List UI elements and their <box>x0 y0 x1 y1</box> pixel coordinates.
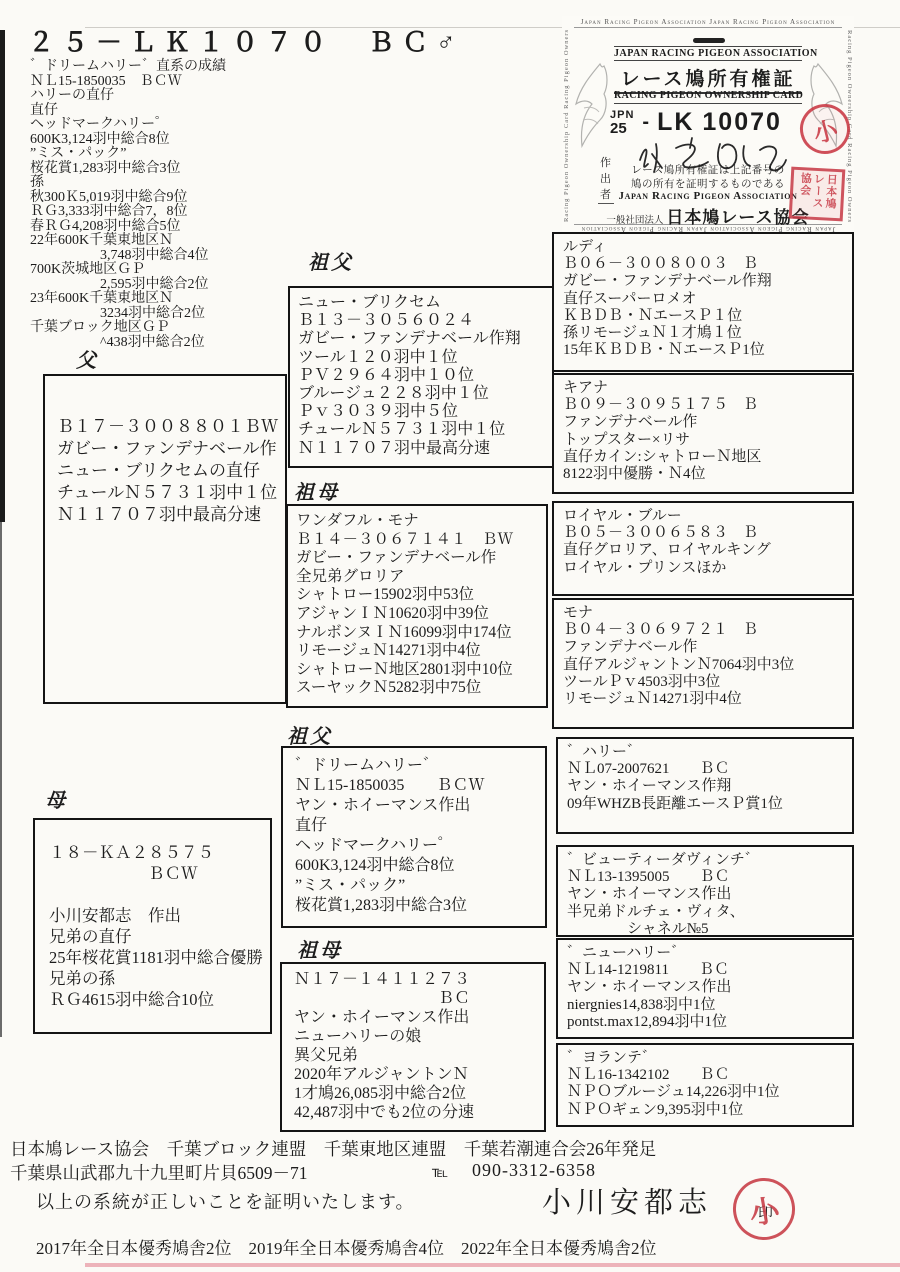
great-grandfather-2-box: ロイヤル・ブルーＢ０５－３００６５８３ Ｂ直仔グロリア、ロイヤルキングロイヤル・… <box>552 501 854 596</box>
text-line: スーヤックＮ5282羽中75位 <box>296 679 538 698</box>
text-line: ゛ハリー゛ <box>567 744 846 761</box>
card-note-line2: 鳩の所有を証明するものである <box>602 176 814 191</box>
text-line: モナ <box>563 605 846 622</box>
text-line: ツールＰｖ4503羽中3位 <box>563 674 846 691</box>
text-line: チュールＮ５７３１羽中１位 <box>57 482 275 504</box>
text-line <box>49 884 262 905</box>
text-line: 1才鳩26,085羽中総合2位 <box>294 1084 536 1103</box>
text-line: Ｂ１７－３００８８０１ＢＷ <box>57 416 275 438</box>
ring-year: 25 <box>610 121 627 136</box>
text-line: 兄弟の直仔 <box>49 926 262 947</box>
text-line: 直仔 <box>295 816 537 836</box>
maternal-grandmother-box: Ｎ１７－１４１１２７３ ＢＣヤン・ホイーマンス作出ニューハリーの娘異父兄弟202… <box>280 962 546 1132</box>
ring-number: 10070 <box>702 108 782 137</box>
text-line: ヘッドマークハリー゜ <box>295 836 537 856</box>
great-grandmother-1-box: キアナＢ０９－３０９５１７５ Ｂファンデナベール作トップスター×リサ直仔カイン:… <box>552 373 854 494</box>
text-line: ツール１２０羽中１位 <box>298 349 544 367</box>
text-line: ナルボンヌＩＮ16099羽中174位 <box>296 624 538 643</box>
text-line: ヤン・ホイーマンス作出 <box>294 1008 536 1027</box>
text-line: 8122羽中優勝・Ｎ4位 <box>563 466 846 483</box>
text-line: 千葉ブロック地区ＧＰ <box>30 321 226 336</box>
text-line: ガビー・ファンデナベール作 <box>296 549 538 568</box>
text-line: 孫 <box>30 176 226 191</box>
scan-edge-artifact <box>0 30 5 522</box>
text-line: Ｂ１３－３０５６０２４ <box>298 312 544 330</box>
father-label: 父 <box>76 344 99 373</box>
text-line: ゛ドリームハリー゛ <box>295 756 537 776</box>
great-grandmother-3-lines: ゛ビューティーダヴィンチ゛ＮＬ13-1395005 ＢＣヤン・ホイーマンス作出半… <box>558 847 852 938</box>
breeder-hanko-stamp: 小 <box>728 1173 800 1245</box>
text-line: １８－ＫＡ２８５７５ <box>49 842 262 863</box>
text-line: Ｐｖ３０３９羽中５位 <box>298 403 544 421</box>
text-line: 直仔 <box>30 104 226 119</box>
tel-icon: ℡ <box>432 1163 448 1182</box>
loft-awards-line: 2017年全日本優秀鳩舎2位 2019年全日本優秀鳩舎4位 2022年全日本優秀… <box>36 1234 657 1259</box>
text-line: ＫＢＤＢ・ＮエースＰ１位 <box>563 308 846 325</box>
text-line: ＮＬ15-1850035 ＢＣＷ <box>30 75 226 90</box>
mother-label: 母 <box>45 784 68 813</box>
maternal-grandmother-label: 祖母 <box>297 934 343 963</box>
paternal-grandmother-label: 祖母 <box>294 476 340 505</box>
father-lines: Ｂ１７－３００８８０１ＢＷガビー・ファンデナベール作ニュー・ブリクセムの直仔チュ… <box>45 376 285 526</box>
card-association-heading-en: JAPAN RACING PIGEON ASSOCIATION <box>614 46 802 61</box>
ring-number-title: ２５－ＬＫ１０７０ ＢＣ♂ <box>28 22 464 59</box>
text-line: 3234羽中総合2位 <box>30 307 226 322</box>
text-line: アジャンＩＮ10620羽中39位 <box>296 605 538 624</box>
mother-box: １８－ＫＡ２８５７５ ＢＣＷ 小川安都志 作出兄弟の直仔25年桜花賞1181羽中… <box>33 818 272 1034</box>
text-line: 春ＲＧ4,208羽中総合5位 <box>30 220 226 235</box>
text-line: 直仔スーパーロメオ <box>563 291 846 308</box>
text-line: チュールＮ５７３１羽中１位 <box>298 421 544 439</box>
text-line: ゛ドリームハリー゛直系の成績 <box>30 60 226 75</box>
great-grandfather-2-lines: ロイヤル・ブルーＢ０５－３００６５８３ Ｂ直仔グロリア、ロイヤルキングロイヤル・… <box>554 503 852 577</box>
text-line: Ｎ１１７０７羽中最高分速 <box>298 440 544 458</box>
maternal-grandfather-box: ゛ドリームハリー゛ＮＬ15-1850035 ＢＣＷヤン・ホイーマンス作出直仔ヘッ… <box>281 746 547 928</box>
text-line: Ｎ１７－１４１１２７３ <box>294 970 536 989</box>
text-line: Ｂ１４－３０６７１４１ ＢＷ <box>296 531 538 550</box>
text-line: ニューハリーの娘 <box>294 1027 536 1046</box>
association-legal-prefix: 一般社団法人 <box>606 216 663 226</box>
text-line: シャトロー15902羽中53位 <box>296 586 538 605</box>
square-stamp-col3: 協会 <box>797 172 810 217</box>
great-grandmother-3-box: ゛ビューティーダヴィンチ゛ＮＬ13-1395005 ＢＣヤン・ホイーマンス作出半… <box>556 845 854 937</box>
text-line: ＢＣＷ <box>49 863 262 884</box>
text-line: 兄弟の孫 <box>49 968 262 989</box>
card-ring-number: JPN 25 - LK 10070 <box>610 108 782 137</box>
phone-number: 090-3312-6358 <box>472 1160 596 1181</box>
great-grandfather-3-box: ゛ハリー゛ＮＬ07-2007621 ＢＣヤン・ホイーマンス作翔09年WHZB長距… <box>556 737 854 834</box>
great-grandmother-4-lines: ゛ヨランテ゛ＮＬ16-1342102 ＢＣＮＰＯブルージュ14,226羽中1位Ｎ… <box>558 1045 852 1119</box>
text-line: ヤン・ホイーマンス作出 <box>567 886 846 903</box>
text-line: 直仔グロリア、ロイヤルキング <box>563 542 846 559</box>
text-line: 2,595羽中総合2位 <box>30 278 226 293</box>
text-line: ゛ビューティーダヴィンチ゛ <box>567 852 846 869</box>
breeder-name: 小川安都志 <box>542 1180 712 1221</box>
text-line: ^438羽中総合2位 <box>30 336 226 351</box>
card-note-line1: レース鳩所有権証は上記番号の <box>602 162 814 177</box>
text-line: ニュー・ブリクセム <box>298 294 544 312</box>
breeder-address: 千葉県山武郡九十九里町片貝6509－71 <box>10 1160 308 1185</box>
text-line: ニュー・ブリクセムの直仔 <box>57 460 275 482</box>
text-line: ＮＬ13-1395005 ＢＣ <box>567 869 846 886</box>
great-grandmother-4-box: ゛ヨランテ゛ＮＬ16-1342102 ＢＣＮＰＯブルージュ14,226羽中1位Ｎ… <box>556 1043 854 1127</box>
text-line: Ｂ０４－３０６９７２１ Ｂ <box>563 622 846 639</box>
text-line: ＮＰＯブルージュ14,226羽中1位 <box>567 1084 846 1101</box>
text-line: 22年600K千葉東地区Ｎ <box>30 234 226 249</box>
text-line: ヤン・ホイーマンス作出 <box>567 979 846 996</box>
text-line: シャネル№5 <box>567 921 846 938</box>
text-line: ロイヤル・プリンスほか <box>563 560 846 577</box>
ring-country-year: JPN 25 <box>610 110 634 136</box>
square-stamp-col2: レース <box>810 173 823 218</box>
text-line: ファンデナベール作 <box>563 414 846 431</box>
text-line: リモージュＮ14271羽中4位 <box>296 642 538 661</box>
great-grandfather-4-box: ゛ニューハリー゛ＮＬ14-1219811 ＢＣヤン・ホイーマンス作出niergn… <box>556 938 854 1039</box>
text-line: 小川安都志 作出 <box>49 905 262 926</box>
text-line: ＮＬ07-2007621 ＢＣ <box>567 761 846 778</box>
text-line: ＮＬ16-1342102 ＢＣ <box>567 1067 846 1084</box>
sire-line-achievements: ゛ドリームハリー゛直系の成績ＮＬ15-1850035 ＢＣＷハリーの直仔直仔ヘッ… <box>30 60 226 350</box>
pigeon-icon-left <box>570 58 610 154</box>
association-square-stamp: 日本鳩 レース 協会 <box>789 167 846 222</box>
text-line: ＮＰＯギェン9,395羽中1位 <box>567 1102 846 1119</box>
great-grandfather-4-lines: ゛ニューハリー゛ＮＬ14-1219811 ＢＣヤン・ホイーマンス作出niergn… <box>558 940 852 1031</box>
text-line: キアナ <box>563 380 846 397</box>
great-grandfather-1-lines: ルディＢ０６－３００８００３ Ｂガビー・ファンデナベール作翔直仔スーパーロメオＫ… <box>554 234 852 359</box>
square-stamp-col1: 日本鳩 <box>823 173 836 218</box>
great-grandfather-3-lines: ゛ハリー゛ＮＬ07-2007621 ＢＣヤン・ホイーマンス作翔09年WHZB長距… <box>558 739 852 813</box>
text-line: 秋300Ｋ5,019羽中総合9位 <box>30 191 226 206</box>
text-line: 半兄弟ドルチェ・ヴィタ、 <box>567 904 846 921</box>
text-line: Ｂ０９－３０９５１７５ Ｂ <box>563 397 846 414</box>
text-line: ヘッドマークハリー゜ <box>30 118 226 133</box>
text-line: リモージュＮ14271羽中4位 <box>563 691 846 708</box>
text-line: ＮＬ15-1850035 ＢＣＷ <box>295 776 537 796</box>
text-line: 25年桜花賞1181羽中総合優勝 <box>49 947 262 968</box>
text-line: niergnies14,838羽中1位 <box>567 997 846 1014</box>
text-line: ヤン・ホイーマンス作出 <box>295 796 537 816</box>
text-line: 3,748羽中総合4位 <box>30 249 226 264</box>
text-line: ガビー・ファンデナベール作翔 <box>563 273 846 290</box>
pedigree-certificate-page: ２５－ＬＫ１０７０ ＢＣ♂ ゛ドリームハリー゛直系の成績ＮＬ15-1850035… <box>0 0 900 1272</box>
ring-country: JPN <box>610 110 634 121</box>
text-line: 15年ＫＢＤＢ・ＮエースＰ1位 <box>563 342 846 359</box>
text-line: 全兄弟グロリア <box>296 568 538 587</box>
great-grandmother-2-box: モナＢ０４－３０６９７２１ Ｂファンデナベール作直仔アルジャントンＮ7064羽中… <box>552 598 854 729</box>
text-line: 孫リモージュＮ１才鳩１位 <box>563 325 846 342</box>
ownership-card: Japan Racing Pigeon Association Japan Ra… <box>562 16 854 234</box>
text-line: 600K3,124羽中総合8位 <box>295 856 537 876</box>
scan-pink-line-artifact <box>85 1263 900 1267</box>
text-line: ガビー・ファンデナベール作 <box>57 438 275 460</box>
text-line: ゛ニューハリー゛ <box>567 945 846 962</box>
great-grandfather-1-box: ルディＢ０６－３００８００３ Ｂガビー・ファンデナベール作翔直仔スーパーロメオＫ… <box>552 232 854 372</box>
text-line: 2020年アルジャントンＮ <box>294 1065 536 1084</box>
text-line: 700K茨城地区ＧＰ <box>30 263 226 278</box>
text-line: 600K3,124羽中総合8位 <box>30 133 226 148</box>
ring-series: LK <box>657 108 694 137</box>
father-box: Ｂ１７－３００８８０１ＢＷガビー・ファンデナベール作ニュー・ブリクセムの直仔チュ… <box>43 374 287 704</box>
certification-statement: 以上の系統が正しいことを証明いたします。 <box>36 1188 415 1214</box>
maternal-grandfather-label: 祖父 <box>287 720 333 749</box>
text-line: ＮＬ14-1219811 ＢＣ <box>567 962 846 979</box>
text-line: ルディ <box>563 239 846 256</box>
text-line: 23年600K千葉東地区Ｎ <box>30 292 226 307</box>
text-line: ガビー・ファンデナベール作翔 <box>298 330 544 348</box>
text-line: ＲＧ4615羽中総合10位 <box>49 989 262 1010</box>
paternal-grandfather-lines: ニュー・ブリクセムＢ１３－３０５６０２４ガビー・ファンデナベール作翔ツール１２０… <box>290 288 552 464</box>
ring-dash: - <box>642 111 649 134</box>
text-line: 桜花賞1,283羽中総合3位 <box>30 162 226 177</box>
paternal-grandfather-box: ニュー・ブリクセムＢ１３－３０５６０２４ガビー・ファンデナベール作翔ツール１２０… <box>288 286 554 468</box>
text-line: ファンデナベール作 <box>563 639 846 656</box>
text-line: 直仔カイン:シャトローＮ地区 <box>563 449 846 466</box>
great-grandmother-2-lines: モナＢ０４－３０６９７２１ Ｂファンデナベール作直仔アルジャントンＮ7064羽中… <box>554 600 852 708</box>
text-line: ”ミス・パック” <box>30 147 226 162</box>
text-line: Ｂ０６－３００８００３ Ｂ <box>563 256 846 273</box>
scan-edge-artifact-2 <box>0 522 2 1037</box>
text-line: ブルージュ２２８羽中１位 <box>298 385 544 403</box>
text-line: Ｎ１１７０７羽中最高分速 <box>57 504 275 526</box>
text-line: ”ミス・パック” <box>295 876 537 896</box>
text-line: 異父兄弟 <box>294 1046 536 1065</box>
card-subtitle-en: RACING PIGEON OWNERSHIP CARD <box>614 90 802 104</box>
paternal-grandmother-lines: ワンダフル・モナＢ１４－３０６７１４１ ＢＷガビー・ファンデナベール作全兄弟グロ… <box>288 506 546 704</box>
text-line: ロイヤル・ブルー <box>563 508 846 525</box>
mother-lines: １８－ＫＡ２８５７５ ＢＣＷ 小川安都志 作出兄弟の直仔25年桜花賞1181羽中… <box>35 820 270 1010</box>
text-line: 09年WHZB長距離エースＰ賞1位 <box>567 796 846 813</box>
text-line: ＰＶ２９６４羽中１０位 <box>298 367 544 385</box>
text-line: Ｂ０５－３００６５８３ Ｂ <box>563 525 846 542</box>
card-ornament-bar <box>693 38 725 43</box>
text-line: 桜花賞1,283羽中総合3位 <box>295 896 537 916</box>
text-line: ヤン・ホイーマンス作翔 <box>567 778 846 795</box>
text-line: ＢＣ <box>294 989 536 1008</box>
text-line: ゛ヨランテ゛ <box>567 1050 846 1067</box>
great-grandmother-1-lines: キアナＢ０９－３０９５１７５ Ｂファンデナベール作トップスター×リサ直仔カイン:… <box>554 375 852 483</box>
text-line: ＲＧ3,333羽中総合7，8位 <box>30 205 226 220</box>
text-line: pontst.max12,894羽中1位 <box>567 1014 846 1031</box>
federation-line: 日本鳩レース協会 千葉ブロック連盟 千葉東地区連盟 千葉若潮連合会26年発足 <box>10 1136 656 1161</box>
maternal-grandfather-lines: ゛ドリームハリー゛ＮＬ15-1850035 ＢＣＷヤン・ホイーマンス作出直仔ヘッ… <box>283 748 545 916</box>
paternal-grandfather-label: 祖父 <box>308 246 354 275</box>
text-line: ハリーの直仔 <box>30 89 226 104</box>
card-border-text-top: Japan Racing Pigeon Association Japan Ra… <box>574 18 842 28</box>
paternal-grandmother-box: ワンダフル・モナＢ１４－３０６７１４１ ＢＷガビー・ファンデナベール作全兄弟グロ… <box>286 504 548 708</box>
text-line: 42,487羽中でも2位の分速 <box>294 1103 536 1122</box>
text-line: 直仔アルジャントンＮ7064羽中3位 <box>563 657 846 674</box>
maternal-grandmother-lines: Ｎ１７－１４１１２７３ ＢＣヤン・ホイーマンス作出ニューハリーの娘異父兄弟202… <box>282 964 544 1122</box>
text-line: ワンダフル・モナ <box>296 512 538 531</box>
text-line: シャトローＮ地区2801羽中10位 <box>296 661 538 680</box>
text-line: トップスター×リサ <box>563 432 846 449</box>
